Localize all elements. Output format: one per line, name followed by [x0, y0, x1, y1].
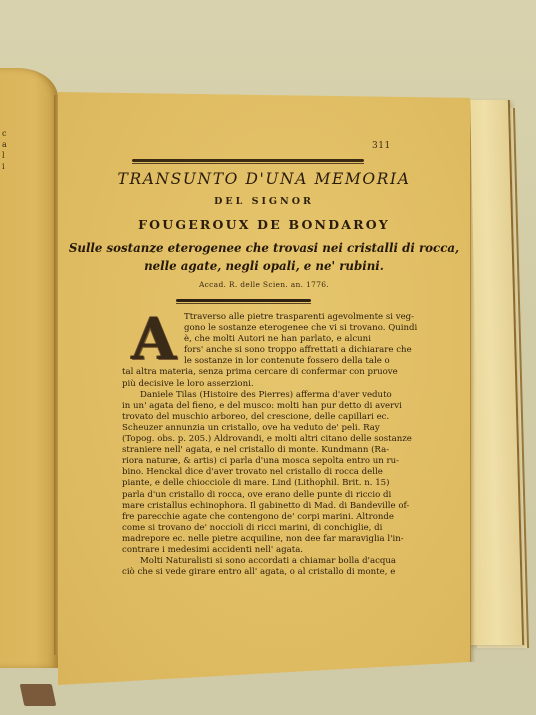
body-line: parla d'un cristallo di rocca, ove erano… — [122, 490, 438, 501]
body-line: Daniele Tilas (Histoire des Pierres) aff… — [122, 390, 438, 401]
book-page: 311 TRANSUNTO D'UNA MEMORIA DEL SIGNOR F… — [58, 92, 470, 685]
topic-line: nelle agate, negli opali, e ne' rubini. — [58, 257, 470, 275]
body-line: bino. Henckal dice d'aver trovato nel cr… — [122, 467, 438, 478]
source-citation: Accad. R. delle Scien. an. 1776. — [58, 280, 470, 289]
body-line: Scheuzer annunzia un cristallo, ove ha v… — [122, 423, 438, 434]
margin-fragment: a — [2, 139, 12, 150]
left-page-margin-text: c a l i — [2, 128, 12, 172]
body-line: riora naturæ, & artis) ci parla d'una mo… — [122, 456, 438, 467]
body-line: straniere nell' agata, e nel cristallo d… — [122, 445, 438, 456]
topic-line: Sulle sostanze eterogenee che trovasi ne… — [58, 239, 470, 257]
body-line: è, che molti Autori ne han parlato, e al… — [122, 334, 438, 345]
body-line: le sostanze in lor contenute fossero del… — [122, 356, 438, 367]
body-line: Ttraverso alle pietre trasparenti agevol… — [122, 312, 438, 323]
page-title: TRANSUNTO D'UNA MEMORIA — [58, 170, 470, 188]
margin-fragment: l — [2, 150, 12, 161]
body-line: in un' agata del fieno, e del musco: mol… — [122, 401, 438, 412]
author-name: FOUGEROUX DE BONDAROY — [58, 217, 470, 232]
body-text: Ttraverso alle pietre trasparenti agevol… — [122, 312, 438, 578]
body-line: più decisive le loro asserzioni. — [122, 379, 438, 390]
left-page: c a l i — [0, 68, 58, 668]
header-rule — [132, 159, 364, 162]
body-line: tal altra materia, senza prima cercare d… — [122, 367, 438, 378]
margin-fragment: c — [2, 128, 12, 139]
page-subtitle: DEL SIGNOR — [58, 196, 470, 207]
bookmark-ribbon — [20, 684, 57, 706]
body-line: Molti Naturalisti si sono accordati a ch… — [122, 556, 438, 567]
margin-fragment: i — [2, 161, 12, 172]
body-line: ciò che si vede girare entro all' agata,… — [122, 567, 438, 578]
body-line: (Topog. obs. p. 205.) Aldrovandi, e molt… — [122, 434, 438, 445]
body-line: gono le sostanze eterogenee che vi si tr… — [122, 323, 438, 334]
body-line: fre parecchie agate che contengono de' c… — [122, 512, 438, 523]
body-line: fors' anche si sono troppo affrettati a … — [122, 345, 438, 356]
body-line: trovato del muschio arboreo, del crescio… — [122, 412, 438, 423]
section-rule — [176, 299, 311, 302]
body-line: contrare i medesimi accidenti nell' agat… — [122, 545, 438, 556]
body-line: come si trovano de' noccioli di ricci ma… — [122, 523, 438, 534]
body-line: madrepore ec. nelle pietre acquiline, no… — [122, 534, 438, 545]
page-number: 311 — [372, 141, 391, 151]
body-line: piante, e delle chiocciole di mare. Lind… — [122, 478, 438, 489]
body-line: mare cristallus echinophora. Il gabinett… — [122, 501, 438, 512]
topic-heading: Sulle sostanze eterogenee che trovasi ne… — [58, 239, 470, 275]
